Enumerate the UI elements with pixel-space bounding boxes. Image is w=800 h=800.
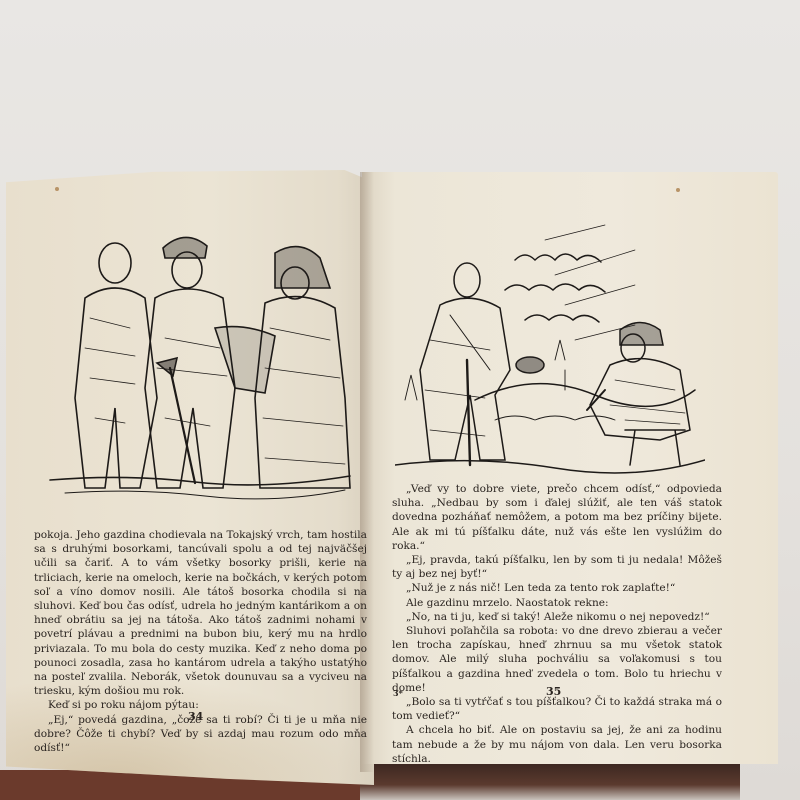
left-illustration: [45, 218, 355, 508]
signature-mark: 3*: [393, 688, 403, 698]
page-number-right: 35: [546, 685, 561, 698]
right-illustration: [395, 220, 705, 475]
paragraph: Ale gazdinu mrzelo. Naostatok rekne:: [392, 596, 722, 610]
paragraph: „Nuž je z nás nič! Len teda za tento rok…: [392, 581, 722, 595]
book-shadow: [360, 762, 740, 800]
paragraph: „Veď vy to dobre viete, prečo chcem odís…: [392, 482, 722, 553]
paragraph: „No, na ti ju, keď si taký! Aleže nikomu…: [392, 610, 722, 624]
paper-speck: [676, 188, 680, 192]
paragraph: „Ej, pravda, takú píšťalku, len by som t…: [392, 553, 722, 581]
paper-speck: [55, 187, 59, 191]
paragraph: „Bolo sa ti vytŕčať s tou píšťalkou? Či …: [392, 695, 722, 723]
page-number-left: 34: [188, 710, 203, 723]
paragraph: pokoja. Jeho gazdina chodievala na Tokaj…: [34, 528, 367, 698]
right-page-text: „Veď vy to dobre viete, prečo chcem odís…: [392, 482, 722, 766]
paragraph: A chcela ho biť. Ale on postaviu sa jej,…: [392, 723, 722, 766]
